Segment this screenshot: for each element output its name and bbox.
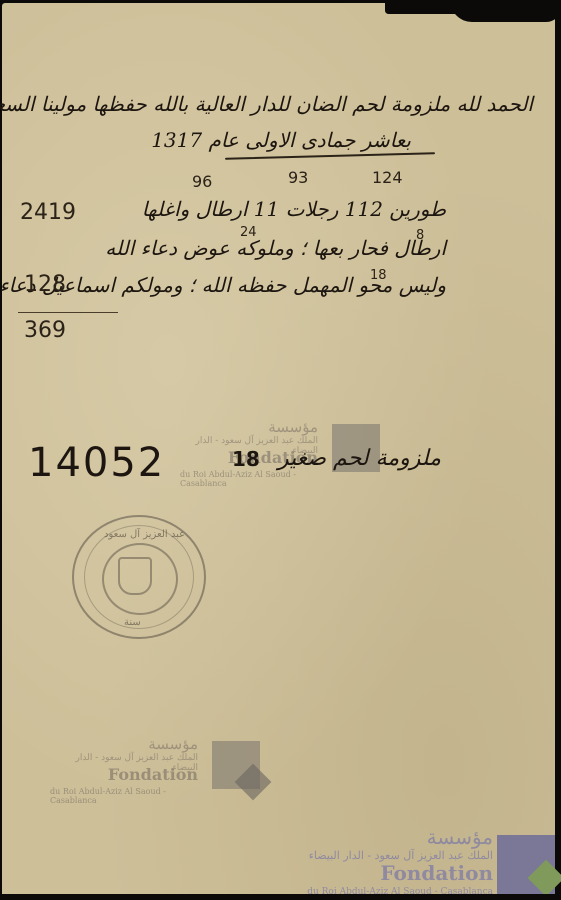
- summary-line: ملزومة لحم صغير: [278, 446, 441, 471]
- archive-number: 14052: [28, 440, 165, 486]
- fraction-numerator: 128: [24, 272, 66, 297]
- torn-edge: [450, 0, 561, 22]
- entry-line: ارطال فحار بعها ؛ وملوكه عوض دعاء الله: [105, 236, 446, 260]
- seal-stamp: عبد العزيز آل سعود سنة: [72, 515, 206, 639]
- marginal-number: 2419: [20, 200, 76, 225]
- super-124: 124: [372, 168, 403, 187]
- header-line: الحمد لله ملزومة لحم الضان للدار العالية…: [0, 92, 533, 116]
- fraction-denominator: 369: [24, 318, 66, 343]
- entry-line: طورين 112 رجلات 11 ارطال واغلها: [142, 197, 446, 221]
- super-96: 96: [192, 172, 212, 191]
- foundation-logo: مؤسسة الملك عبد العزيز آل سعود - الدار ا…: [290, 825, 555, 900]
- watermark-logo: مؤسسة الملك عبد العزيز آل سعود - الدار ا…: [50, 735, 260, 805]
- date-line: بعاشر جمادى الاولى عام 1317: [151, 128, 411, 152]
- fraction-line: [18, 312, 118, 313]
- summary-number: 18: [232, 447, 260, 471]
- entry-line: وليس محو المهمل حفظه الله ؛ ومولكم اسماع…: [0, 273, 446, 297]
- super-93: 93: [288, 168, 308, 187]
- bottom-edge: [0, 894, 561, 900]
- star-emblem-icon: [118, 557, 152, 595]
